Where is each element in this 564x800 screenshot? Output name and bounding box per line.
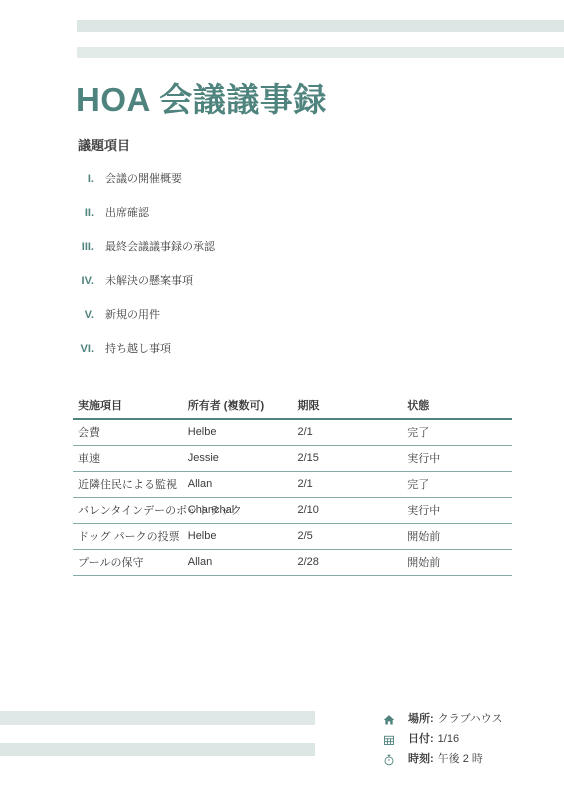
- document-page: HOA 会議議事録 議題項目 I. 会議の開催概要 II. 出席確認 III. …: [0, 0, 564, 800]
- date-value: 1/16: [438, 733, 459, 746]
- cell-due: 2/15: [293, 445, 403, 471]
- cell-due: 2/5: [293, 523, 403, 549]
- clock-icon: [383, 754, 395, 766]
- column-header-owner: 所有者 (複数可): [183, 392, 293, 419]
- agenda-item: III. 最終会議議事録の承認: [76, 240, 215, 274]
- agenda-item-label: 新規の用件: [105, 308, 160, 322]
- cell-due: 2/28: [293, 549, 403, 575]
- agenda-item-label: 出席確認: [105, 206, 149, 220]
- cell-due: 2/1: [293, 471, 403, 497]
- top-stripe-1: [77, 20, 564, 32]
- agenda-numeral: VI.: [76, 342, 94, 356]
- cell-owner: Jessie: [183, 445, 293, 471]
- cell-status: 完了: [402, 419, 512, 445]
- cell-status: 完了: [402, 471, 512, 497]
- agenda-item-label: 未解決の懸案事項: [105, 274, 193, 288]
- meeting-location-row: 場所: クラブハウス: [383, 710, 502, 729]
- cell-status: 開始前: [402, 523, 512, 549]
- agenda-item-label: 会議の開催概要: [105, 172, 182, 186]
- agenda-item: II. 出席確認: [76, 206, 215, 240]
- table-header-row: 実施項目 所有者 (複数可) 期限 状態: [73, 392, 512, 419]
- meeting-info-block: 場所: クラブハウス 日付: 1/16: [383, 710, 502, 770]
- agenda-numeral: I.: [76, 172, 94, 186]
- cell-due: 2/1: [293, 419, 403, 445]
- cell-item: ドッグ パークの投票: [73, 523, 183, 549]
- table-row: 車速 Jessie 2/15 実行中: [73, 445, 512, 471]
- location-value: クラブハウス: [438, 713, 503, 726]
- cell-status: 実行中: [402, 445, 512, 471]
- agenda-item: I. 会議の開催概要: [76, 172, 215, 206]
- table-row: 会費 Helbe 2/1 完了: [73, 419, 512, 445]
- cell-item: 車速: [73, 445, 183, 471]
- agenda-numeral: III.: [76, 240, 94, 254]
- time-label: 時刻:: [408, 753, 434, 766]
- time-value: 午後 2 時: [438, 753, 483, 766]
- agenda-numeral: II.: [76, 206, 94, 220]
- cell-owner: Allan: [183, 471, 293, 497]
- agenda-heading: 議題項目: [78, 138, 130, 154]
- bottom-stripe-1: [0, 711, 315, 725]
- cell-status: 実行中: [402, 497, 512, 523]
- table-row: プールの保守 Allan 2/28 開始前: [73, 549, 512, 575]
- column-header-due: 期限: [293, 392, 403, 419]
- cell-owner: Allan: [183, 549, 293, 575]
- agenda-item-label: 持ち越し事項: [105, 342, 171, 356]
- location-label: 場所:: [408, 713, 434, 726]
- table-row: ドッグ パークの投票 Helbe 2/5 開始前: [73, 523, 512, 549]
- date-label: 日付:: [408, 733, 434, 746]
- page-title: HOA 会議議事録: [76, 82, 327, 118]
- agenda-item: V. 新規の用件: [76, 308, 215, 342]
- meeting-date-row: 日付: 1/16: [383, 730, 502, 749]
- bottom-stripe-2: [0, 743, 315, 756]
- agenda-item-label: 最終会議議事録の承認: [105, 240, 215, 254]
- cell-item: 会費: [73, 419, 183, 445]
- cell-owner: Helbe: [183, 419, 293, 445]
- action-items-table: 実施項目 所有者 (複数可) 期限 状態 会費 Helbe 2/1 完了 車速 …: [73, 392, 512, 576]
- calendar-icon: [383, 734, 395, 746]
- table-row: バレンタインデーのポットラック Chanchal 2/10 実行中: [73, 497, 512, 523]
- agenda-list: I. 会議の開催概要 II. 出席確認 III. 最終会議議事録の承認 IV. …: [76, 172, 215, 376]
- column-header-status: 状態: [402, 392, 512, 419]
- top-stripe-2: [77, 47, 564, 58]
- agenda-item: VI. 持ち越し事項: [76, 342, 215, 376]
- agenda-numeral: V.: [76, 308, 94, 322]
- cell-owner: Helbe: [183, 523, 293, 549]
- cell-item: プールの保守: [73, 549, 183, 575]
- table-row: 近隣住民による監視 Allan 2/1 完了: [73, 471, 512, 497]
- meeting-time-row: 時刻: 午後 2 時: [383, 750, 502, 769]
- agenda-item: IV. 未解決の懸案事項: [76, 274, 215, 308]
- agenda-numeral: IV.: [76, 274, 94, 288]
- cell-status: 開始前: [402, 549, 512, 575]
- home-icon: [383, 714, 395, 726]
- cell-due: 2/10: [293, 497, 403, 523]
- column-header-item: 実施項目: [73, 392, 183, 419]
- cell-item: バレンタインデーのポットラック: [73, 497, 183, 523]
- cell-item: 近隣住民による監視: [73, 471, 183, 497]
